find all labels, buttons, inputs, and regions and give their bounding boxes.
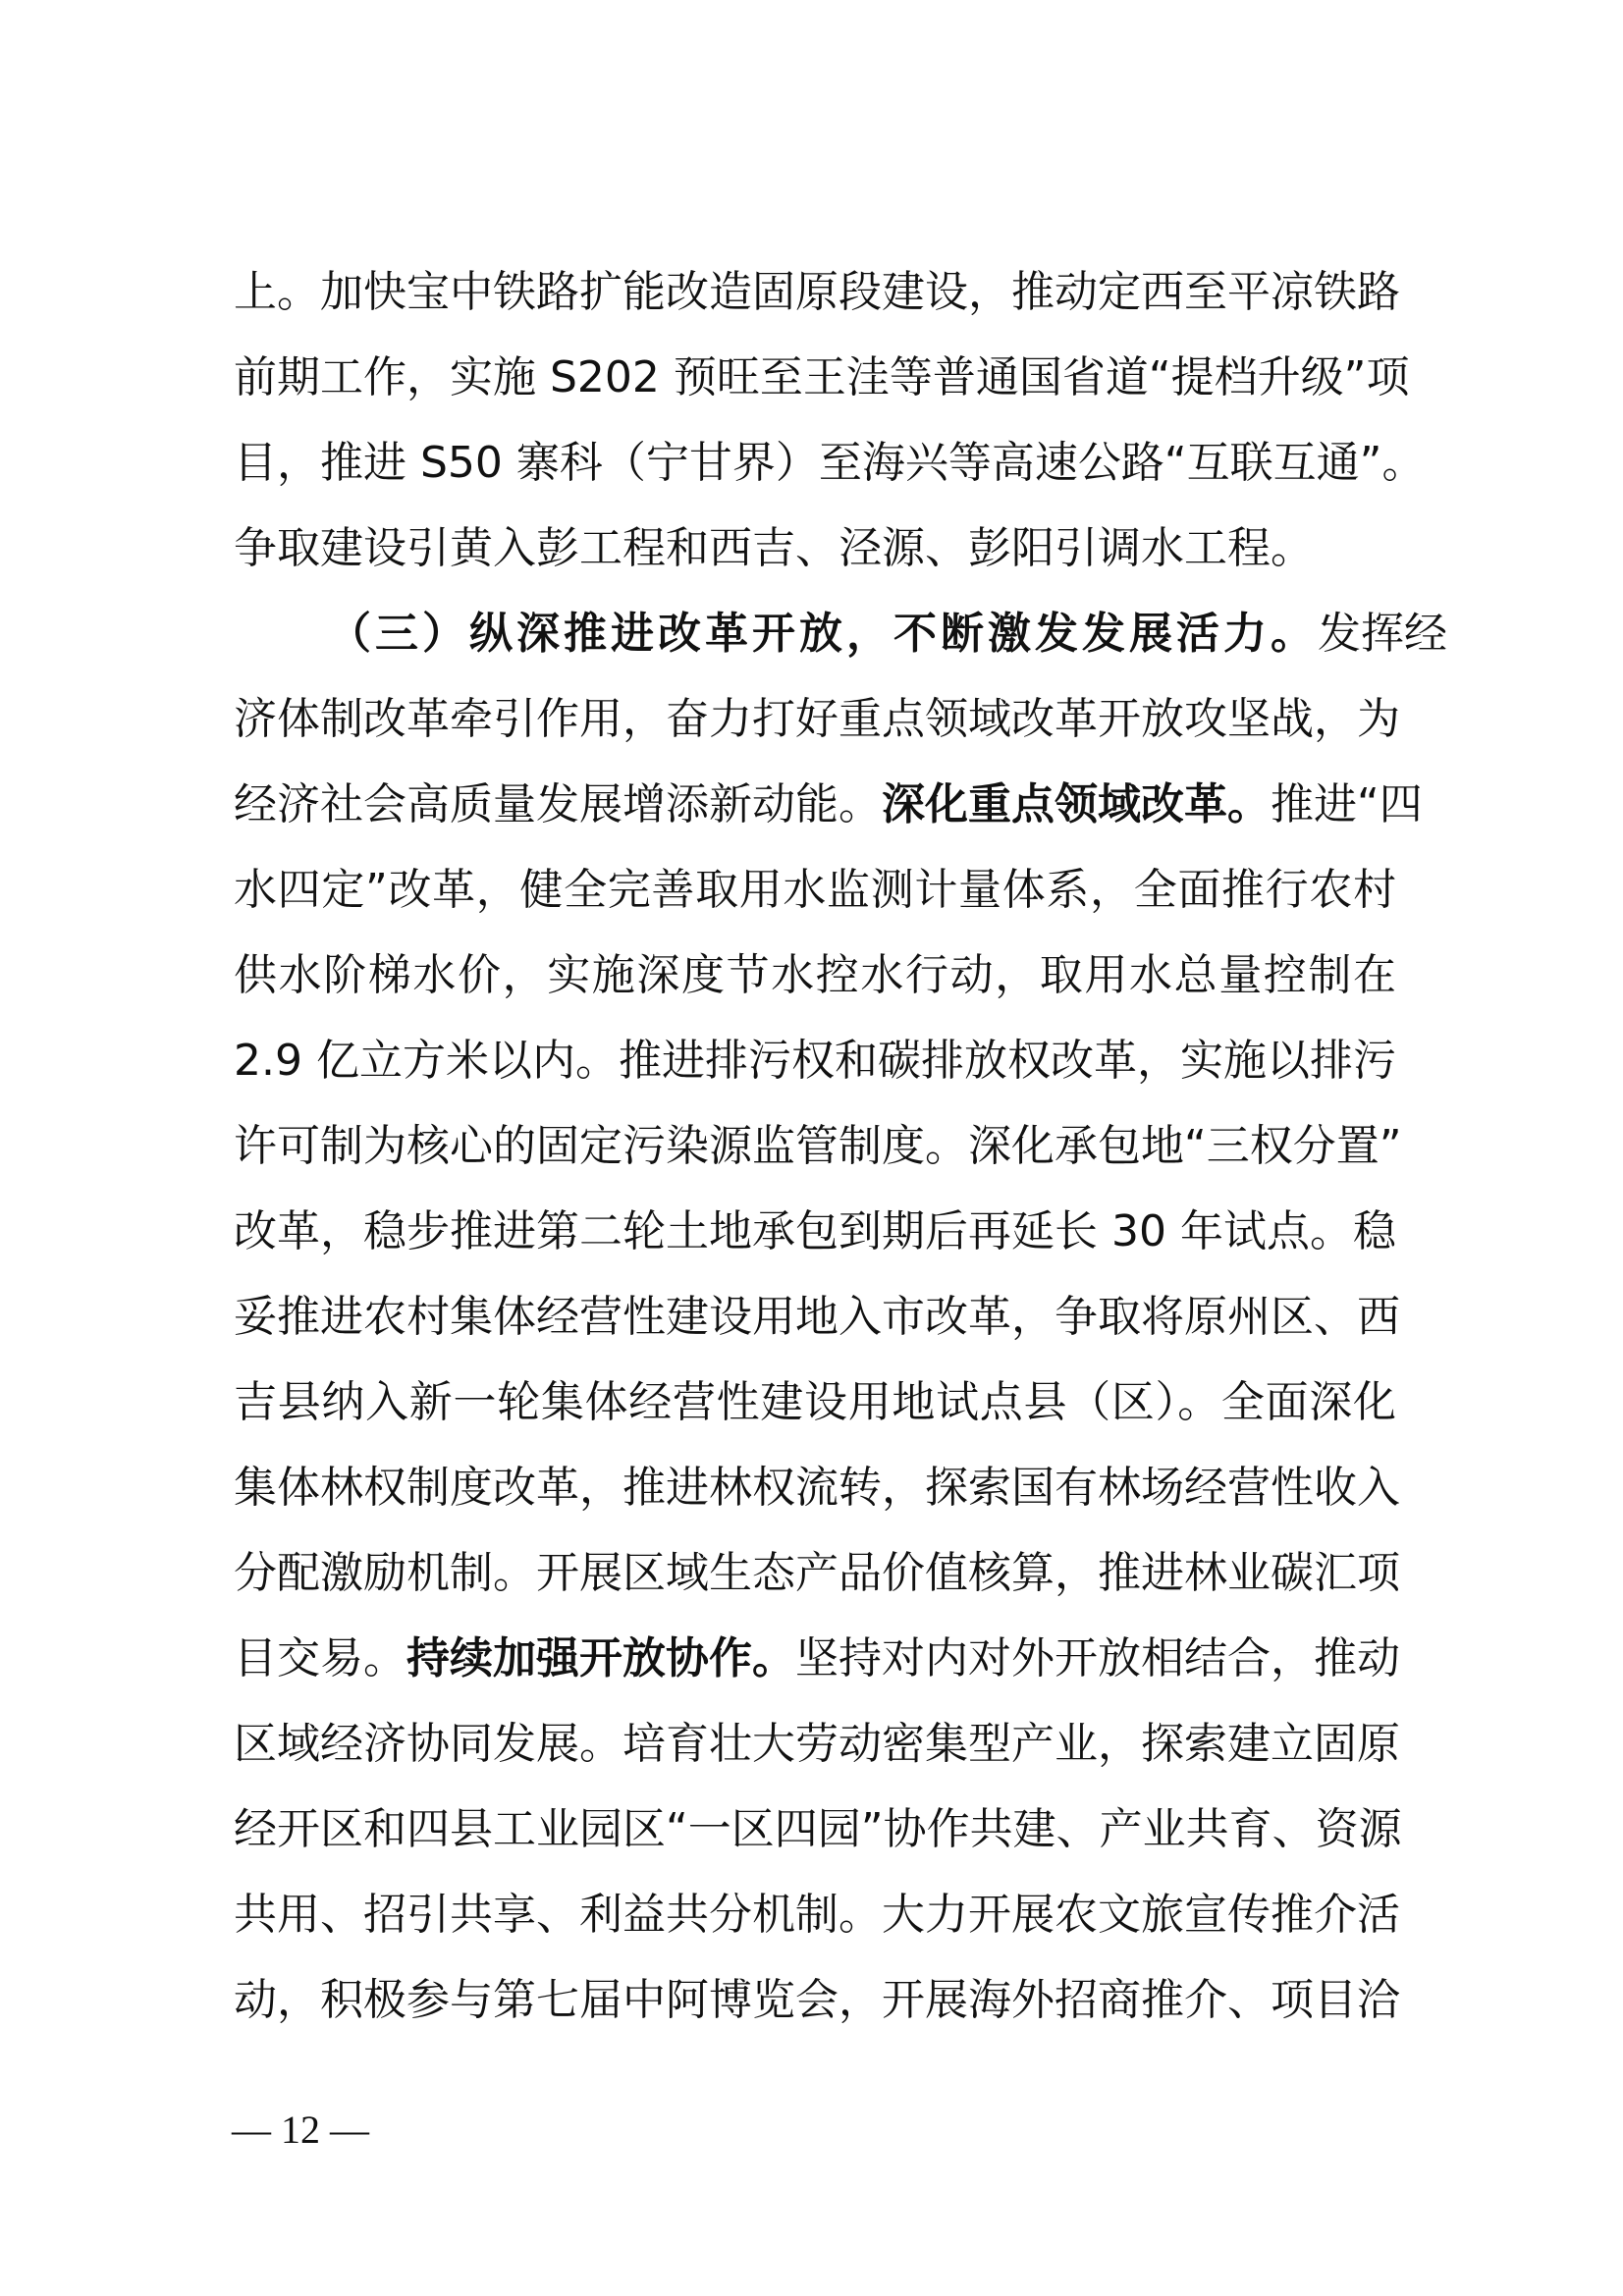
bold-subheading: 深化重点领域改革。 [882, 779, 1271, 829]
text-line: 上。加快宝中铁路扩能改造固原段建设，推动定西至平凉铁路 [234, 249, 1396, 335]
text-segment: 水四定”改革，健全完善取用水监测计量体系，全面推行农村 [234, 865, 1396, 915]
text-line: 改革，稳步推进第二轮土地承包到期后再延长 30 年试点。稳 [234, 1189, 1396, 1274]
text-line: 集体林权制度改革，推进林权流转，探索国有林场经营性收入 [234, 1445, 1396, 1530]
text-line: 目，推进 S50 寨科（宁甘界）至海兴等高速公路“互联互通”。 [234, 420, 1396, 506]
document-page: 上。加快宝中铁路扩能改造固原段建设，推动定西至平凉铁路前期工作，实施 S202 … [0, 0, 1623, 2296]
text-line: 经济社会高质量发展增添新动能。深化重点领域改革。推进“四 [234, 762, 1396, 847]
text-segment: 发挥经 [1318, 609, 1447, 659]
text-segment: 争取建设引黄入彭工程和西吉、泾源、彭阳引调水工程。 [234, 523, 1314, 573]
text-line: 供水阶梯水价，实施深度节水控水行动，取用水总量控制在 [234, 933, 1396, 1018]
text-segment: 目，推进 S50 寨科（宁甘界）至海兴等高速公路“互联互通”。 [234, 438, 1425, 488]
text-segment: 目交易。 [234, 1633, 406, 1683]
text-line: 水四定”改革，健全完善取用水监测计量体系，全面推行农村 [234, 847, 1396, 933]
text-line: （三）纵深推进改革开放，不断激发发展活力。发挥经 [234, 591, 1396, 676]
text-segment: 妥推进农村集体经营性建设用地入市改革，争取将原州区、西 [234, 1292, 1400, 1342]
text-segment: 坚持对内对外开放相结合，推动 [795, 1633, 1400, 1683]
text-segment: 动，积极参与第七届中阿博览会，开展海外招商推介、项目洽 [234, 1975, 1400, 2025]
text-line: 分配激励机制。开展区域生态产品价值核算，推进林业碳汇项 [234, 1530, 1396, 1616]
text-line: 动，积极参与第七届中阿博览会，开展海外招商推介、项目洽 [234, 1957, 1396, 2043]
body-text: 上。加快宝中铁路扩能改造固原段建设，推动定西至平凉铁路前期工作，实施 S202 … [234, 249, 1396, 2043]
text-segment: 前期工作，实施 S202 预旺至王洼等普通国省道“提档升级”项 [234, 352, 1409, 402]
text-segment: 济体制改革牵引作用，奋力打好重点领域改革开放攻坚战，为 [234, 694, 1400, 744]
section-heading: （三）纵深推进改革开放，不断激发发展活力。 [328, 609, 1318, 659]
text-segment: 区域经济协同发展。培育壮大劳动密集型产业，探索建立固原 [234, 1719, 1400, 1769]
text-segment: 上。加快宝中铁路扩能改造固原段建设，推动定西至平凉铁路 [234, 267, 1400, 317]
text-line: 争取建设引黄入彭工程和西吉、泾源、彭阳引调水工程。 [234, 506, 1396, 591]
text-line: 2.9 亿立方米以内。推进排污权和碳排放权改革，实施以排污 [234, 1018, 1396, 1103]
text-line: 妥推进农村集体经营性建设用地入市改革，争取将原州区、西 [234, 1274, 1396, 1360]
text-segment: 经开区和四县工业园区“一区四园”协作共建、产业共育、资源 [234, 1804, 1402, 1854]
text-segment: 供水阶梯水价，实施深度节水控水行动，取用水总量控制在 [234, 950, 1396, 1000]
text-line: 目交易。持续加强开放协作。坚持对内对外开放相结合，推动 [234, 1616, 1396, 1701]
text-segment: 推进“四 [1271, 779, 1423, 829]
text-segment: 改革，稳步推进第二轮土地承包到期后再延长 30 年试点。稳 [234, 1206, 1396, 1256]
text-segment: 2.9 亿立方米以内。推进排污权和碳排放权改革，实施以排污 [234, 1036, 1396, 1086]
text-line: 济体制改革牵引作用，奋力打好重点领域改革开放攻坚战，为 [234, 676, 1396, 762]
text-line: 区域经济协同发展。培育壮大劳动密集型产业，探索建立固原 [234, 1701, 1396, 1787]
text-line: 许可制为核心的固定污染源监管制度。深化承包地“三权分置” [234, 1103, 1396, 1189]
text-segment: 集体林权制度改革，推进林权流转，探索国有林场经营性收入 [234, 1463, 1400, 1513]
text-segment: 经济社会高质量发展增添新动能。 [234, 779, 882, 829]
text-line: 经开区和四县工业园区“一区四园”协作共建、产业共育、资源 [234, 1787, 1396, 1872]
text-segment: 分配激励机制。开展区域生态产品价值核算，推进林业碳汇项 [234, 1548, 1400, 1598]
text-line: 共用、招引共享、利益共分机制。大力开展农文旅宣传推介活 [234, 1872, 1396, 1957]
text-segment: 共用、招引共享、利益共分机制。大力开展农文旅宣传推介活 [234, 1890, 1400, 1940]
page-number: — 12 — [232, 2107, 369, 2153]
text-segment: 吉县纳入新一轮集体经营性建设用地试点县（区）。全面深化 [234, 1377, 1396, 1427]
bold-subheading: 持续加强开放协作。 [406, 1633, 795, 1683]
text-line: 前期工作，实施 S202 预旺至王洼等普通国省道“提档升级”项 [234, 335, 1396, 420]
text-segment: 许可制为核心的固定污染源监管制度。深化承包地“三权分置” [234, 1121, 1402, 1171]
text-line: 吉县纳入新一轮集体经营性建设用地试点县（区）。全面深化 [234, 1360, 1396, 1445]
